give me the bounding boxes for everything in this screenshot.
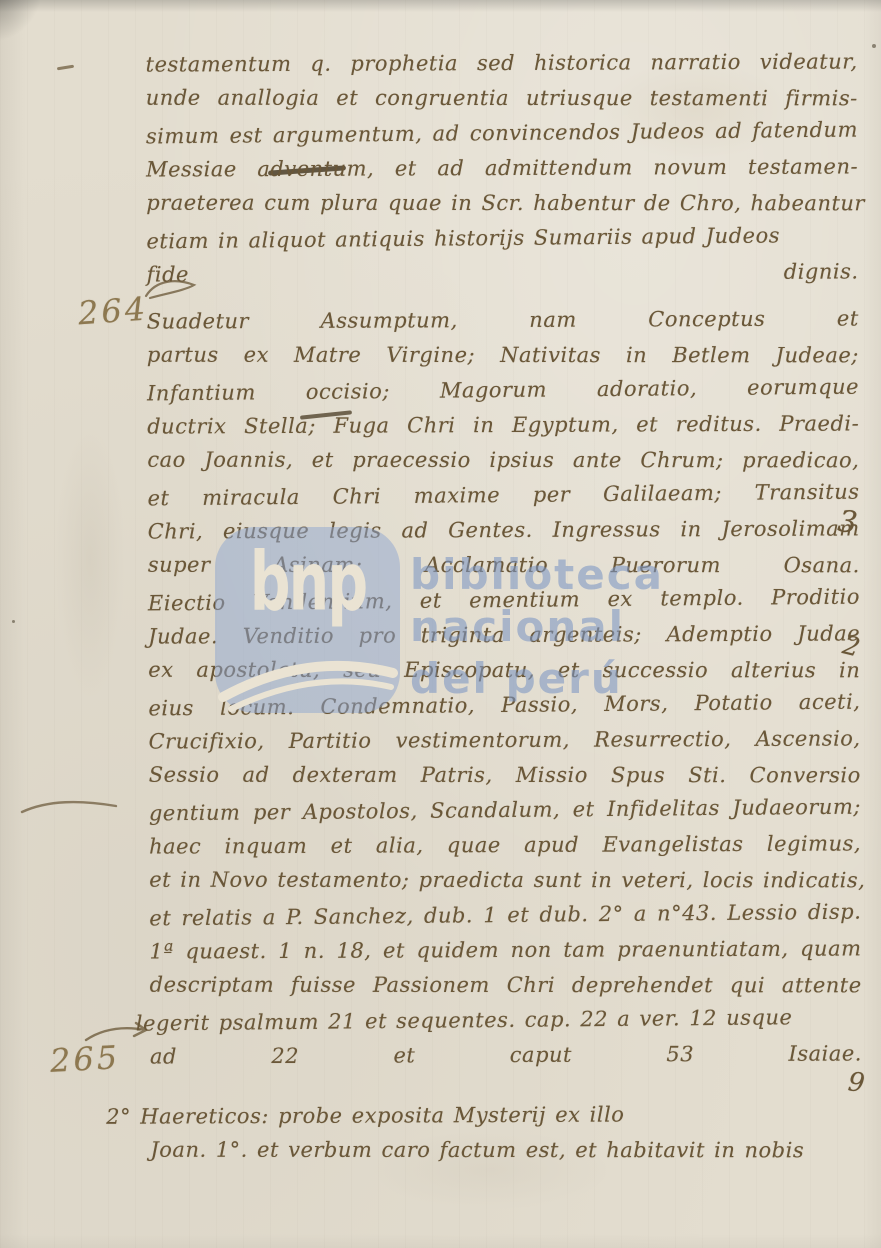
paragraph-3: 2° Haereticos: probe exposita Mysterij e… [150, 1096, 862, 1169]
manuscript-line: praeterea cum plura quae in Scr. habentu… [146, 186, 858, 222]
manuscript-line: Messiae adventum, et ad admittendum novu… [146, 149, 858, 187]
manuscript-line: Judae. Venditio pro triginta argenteis; … [148, 616, 860, 654]
manuscript-line: et in Novo testamento; praedicta sunt in… [149, 863, 861, 899]
manuscript-line: ad 22 et caput 53 Isaiae. [150, 1036, 862, 1074]
paragraph-1: testamentum q. prophetia sed historica n… [146, 44, 859, 292]
manuscript-line: Sessio ad dexteram Patris, Missio Spus S… [149, 758, 861, 794]
manuscript-page: 264 265 3 2 9 testamentum q. prophetia s… [0, 0, 881, 1248]
manuscript-line: etiam in aliquot antiquis historijs Suma… [146, 218, 858, 260]
manuscript-line: Joan. 1°. et verbum caro factum est, et … [150, 1133, 862, 1169]
handwriting-block: testamentum q. prophetia sed historica n… [146, 44, 863, 1169]
ink-speck [12, 620, 15, 623]
manuscript-line: testamentum q. prophetia sed historica n… [146, 44, 858, 82]
folio-number-top: 264 [77, 290, 150, 333]
manuscript-line: et relatis a P. Sanchez, dub. 1 et dub. … [149, 895, 861, 937]
manuscript-line: Crucifixio, Partitio vestimentorum, Resu… [149, 721, 861, 759]
manuscript-line: super Asinam; Acclamatio Puerorum Osana. [148, 548, 860, 584]
manuscript-line: gentium per Apostolos, Scandalum, et Inf… [149, 790, 861, 832]
manuscript-line: descriptam fuisse Passionem Chri deprehe… [150, 968, 862, 1004]
paper-stain [55, 420, 125, 700]
manuscript-line: legerit psalmum 21 et sequentes. cap. 22… [136, 1000, 862, 1042]
ink-dash-mark [57, 65, 74, 71]
manuscript-line: Eiectio Vendentium, et ementium ex templ… [148, 580, 860, 622]
manuscript-line: partus ex Matre Virgine; Nativitas in Be… [147, 338, 859, 374]
manuscript-line: et miracula Chri maxime per Galilaeam; T… [147, 475, 859, 517]
manuscript-line: haec inquam et alia, quae apud Evangelis… [149, 826, 861, 864]
folio-number-bottom: 265 [49, 1038, 121, 1080]
manuscript-line: 2° Haereticos: probe exposita Mysterij e… [106, 1096, 862, 1134]
manuscript-line: Infantium occisio; Magorum adoratio, eor… [147, 370, 859, 412]
manuscript-line: unde anallogia et congruentia utriusque … [146, 81, 858, 117]
manuscript-line: ex apostolatu, seu Episcopatu, et succes… [148, 653, 860, 689]
manuscript-line: Chri, eiusque legis ad Gentes. Ingressus… [148, 511, 860, 549]
manuscript-line: ductrix Stella; Fuga Chri in Egyptum, et… [147, 406, 859, 444]
ink-speck [872, 44, 876, 48]
manuscript-line: cao Joannis, et praecessio ipsius ante C… [147, 443, 859, 479]
manuscript-line: 1ª quaest. 1 n. 18, et quidem non tam pr… [149, 931, 861, 969]
manuscript-line: fide dignis. [146, 254, 858, 292]
manuscript-line: eius locum. Condemnatio, Passio, Mors, P… [148, 685, 860, 727]
paragraph-2: Suadetur Assumptum, nam Conceptus etpart… [147, 301, 862, 1074]
margin-dash-flourish [20, 796, 120, 818]
manuscript-line: Suadetur Assumptum, nam Conceptus et [147, 301, 859, 339]
manuscript-line: simum est argumentum, ad convincendos Ju… [146, 113, 858, 155]
